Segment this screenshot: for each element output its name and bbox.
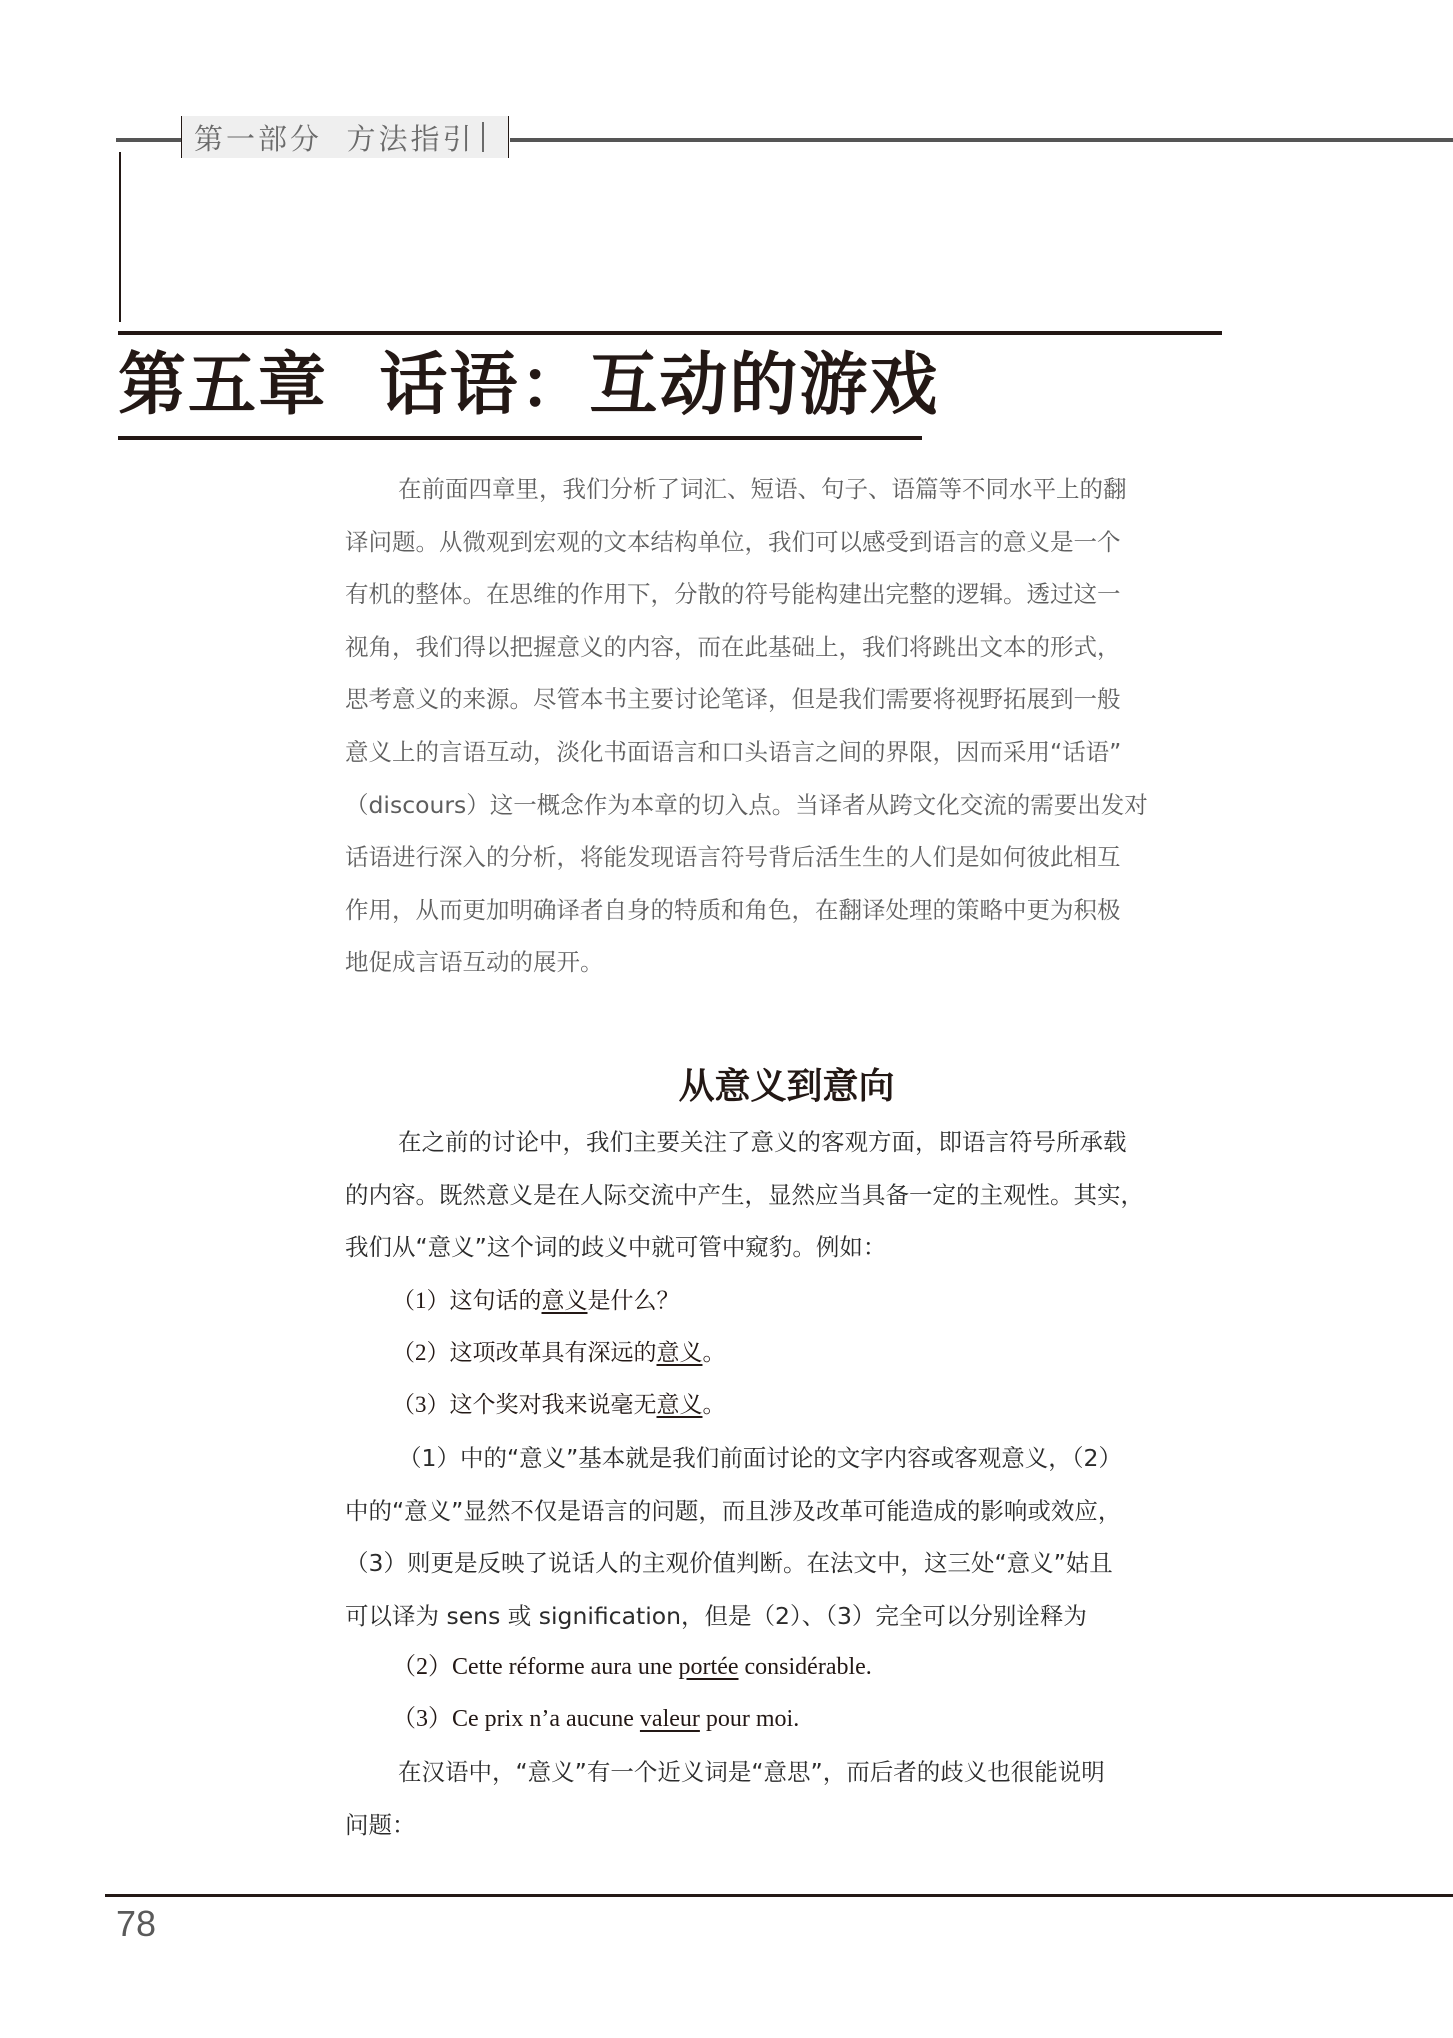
- footer-rule: [105, 1894, 1453, 1897]
- text-line: 作用，从而更加明确译者自身的特质和角色，在翻译处理的策略中更为积极: [345, 884, 1221, 937]
- underlined-term: 意义: [657, 1340, 703, 1366]
- text-line: 有机的整体。在思维的作用下，分散的符号能构建出完整的逻辑。透过这一: [345, 568, 1221, 621]
- text-line: （1）中的“意义”基本就是我们前面讨论的文字内容或客观意义，（2）: [345, 1432, 1221, 1485]
- header-rule-left: [116, 138, 182, 142]
- page-number: 78: [116, 1903, 156, 1945]
- underlined-term: portée: [679, 1654, 739, 1680]
- example-zh-2: （2）这项改革具有深远的意义。: [392, 1338, 726, 1368]
- section-paragraph-2: （1）中的“意义”基本就是我们前面讨论的文字内容或客观意义，（2） 中的“意义”…: [345, 1432, 1221, 1642]
- text-line: 我们从“意义”这个词的歧义中就可管中窥豹。例如：: [345, 1221, 1221, 1274]
- underlined-term: 意义: [542, 1288, 588, 1314]
- text-line: 意义上的言语互动，淡化书面语言和口头语言之间的界限，因而采用“话语”: [345, 726, 1221, 779]
- example-text: Ce prix n’a aucune: [452, 1706, 640, 1732]
- text-line: 在之前的讨论中，我们主要关注了意义的客观方面，即语言符号所承载: [345, 1116, 1221, 1169]
- underlined-term: 意义: [657, 1392, 703, 1418]
- text-line: （3）则更是反映了说话人的主观价值判断。在法文中，这三处“意义”姑且: [345, 1537, 1221, 1590]
- text-line: 话语进行深入的分析，将能发现语言符号背后活生生的人们是如何彼此相互: [345, 831, 1221, 884]
- text-line: 问题：: [345, 1799, 1221, 1852]
- example-text: 。: [703, 1392, 726, 1418]
- text-line: 可以译为 sens 或 signification，但是（2）、（3）完全可以分…: [345, 1590, 1221, 1643]
- chapter-rule-bottom: [118, 436, 922, 440]
- example-number: （3）: [392, 1392, 450, 1417]
- example-zh-3: （3）这个奖对我来说毫无意义。: [392, 1390, 726, 1420]
- text-line: 在前面四章里，我们分析了词汇、短语、句子、语篇等不同水平上的翻: [345, 463, 1221, 516]
- example-text: pour moi.: [700, 1706, 799, 1732]
- text-line: 视角，我们得以把握意义的内容，而在此基础上，我们将跳出文本的形式，: [345, 621, 1221, 674]
- example-text: considérable.: [739, 1654, 872, 1680]
- example-text: 这个奖对我来说毫无: [450, 1392, 657, 1418]
- example-number: （2）: [392, 1340, 450, 1365]
- vertical-rule: [119, 152, 121, 322]
- example-text: 这句话的: [450, 1288, 542, 1314]
- chapter-title: 第五章 话语：互动的游戏: [118, 340, 939, 432]
- section-paragraph-3: 在汉语中，“意义”有一个近义词是“意思”，而后者的歧义也很能说明 问题：: [345, 1746, 1221, 1851]
- example-text: 这项改革具有深远的: [450, 1340, 657, 1366]
- text-line: 的内容。既然意义是在人际交流中产生，显然应当具备一定的主观性。其实，: [345, 1169, 1221, 1222]
- example-number: （3）: [392, 1706, 452, 1732]
- example-fr-3: （3）Ce prix n’a aucune valeur pour moi.: [392, 1704, 799, 1734]
- underlined-term: valeur: [640, 1706, 700, 1732]
- chapter-rule-top: [118, 331, 1222, 335]
- example-zh-1: （1）这句话的意义是什么？: [392, 1286, 680, 1316]
- text-line: 思考意义的来源。尽管本书主要讨论笔译，但是我们需要将视野拓展到一般: [345, 673, 1221, 726]
- text-line: （discours）这一概念作为本章的切入点。当译者从跨文化交流的需要出发对: [345, 779, 1221, 832]
- section-paragraph-1: 在之前的讨论中，我们主要关注了意义的客观方面，即语言符号所承载 的内容。既然意义…: [345, 1116, 1221, 1274]
- running-header: 第一部分 方法指引: [181, 116, 509, 158]
- header-separator: [482, 122, 484, 152]
- example-text: 。: [703, 1340, 726, 1366]
- text-line: 中的“意义”显然不仅是语言的问题，而且涉及改革可能造成的影响或效应，: [345, 1485, 1221, 1538]
- header-rule-right: [510, 138, 1453, 142]
- intro-paragraph: 在前面四章里，我们分析了词汇、短语、句子、语篇等不同水平上的翻 译问题。从微观到…: [345, 463, 1221, 989]
- example-fr-2: （2）Cette réforme aura une portée considé…: [392, 1652, 872, 1682]
- header-spacer: [322, 120, 346, 154]
- example-text: 是什么？: [588, 1288, 680, 1314]
- part-label: 第一部分: [194, 117, 322, 158]
- text-line: 译问题。从微观到宏观的文本结构单位，我们可以感受到语言的意义是一个: [345, 516, 1221, 569]
- text-line: 地促成言语互动的展开。: [345, 936, 1221, 989]
- section-title: 从意义到意向: [0, 1058, 1453, 1109]
- example-number: （2）: [392, 1654, 452, 1680]
- part-title: 方法指引: [346, 117, 474, 158]
- example-text: Cette réforme aura une: [452, 1654, 679, 1680]
- text-line: 在汉语中，“意义”有一个近义词是“意思”，而后者的歧义也很能说明: [345, 1746, 1221, 1799]
- example-number: （1）: [392, 1288, 450, 1313]
